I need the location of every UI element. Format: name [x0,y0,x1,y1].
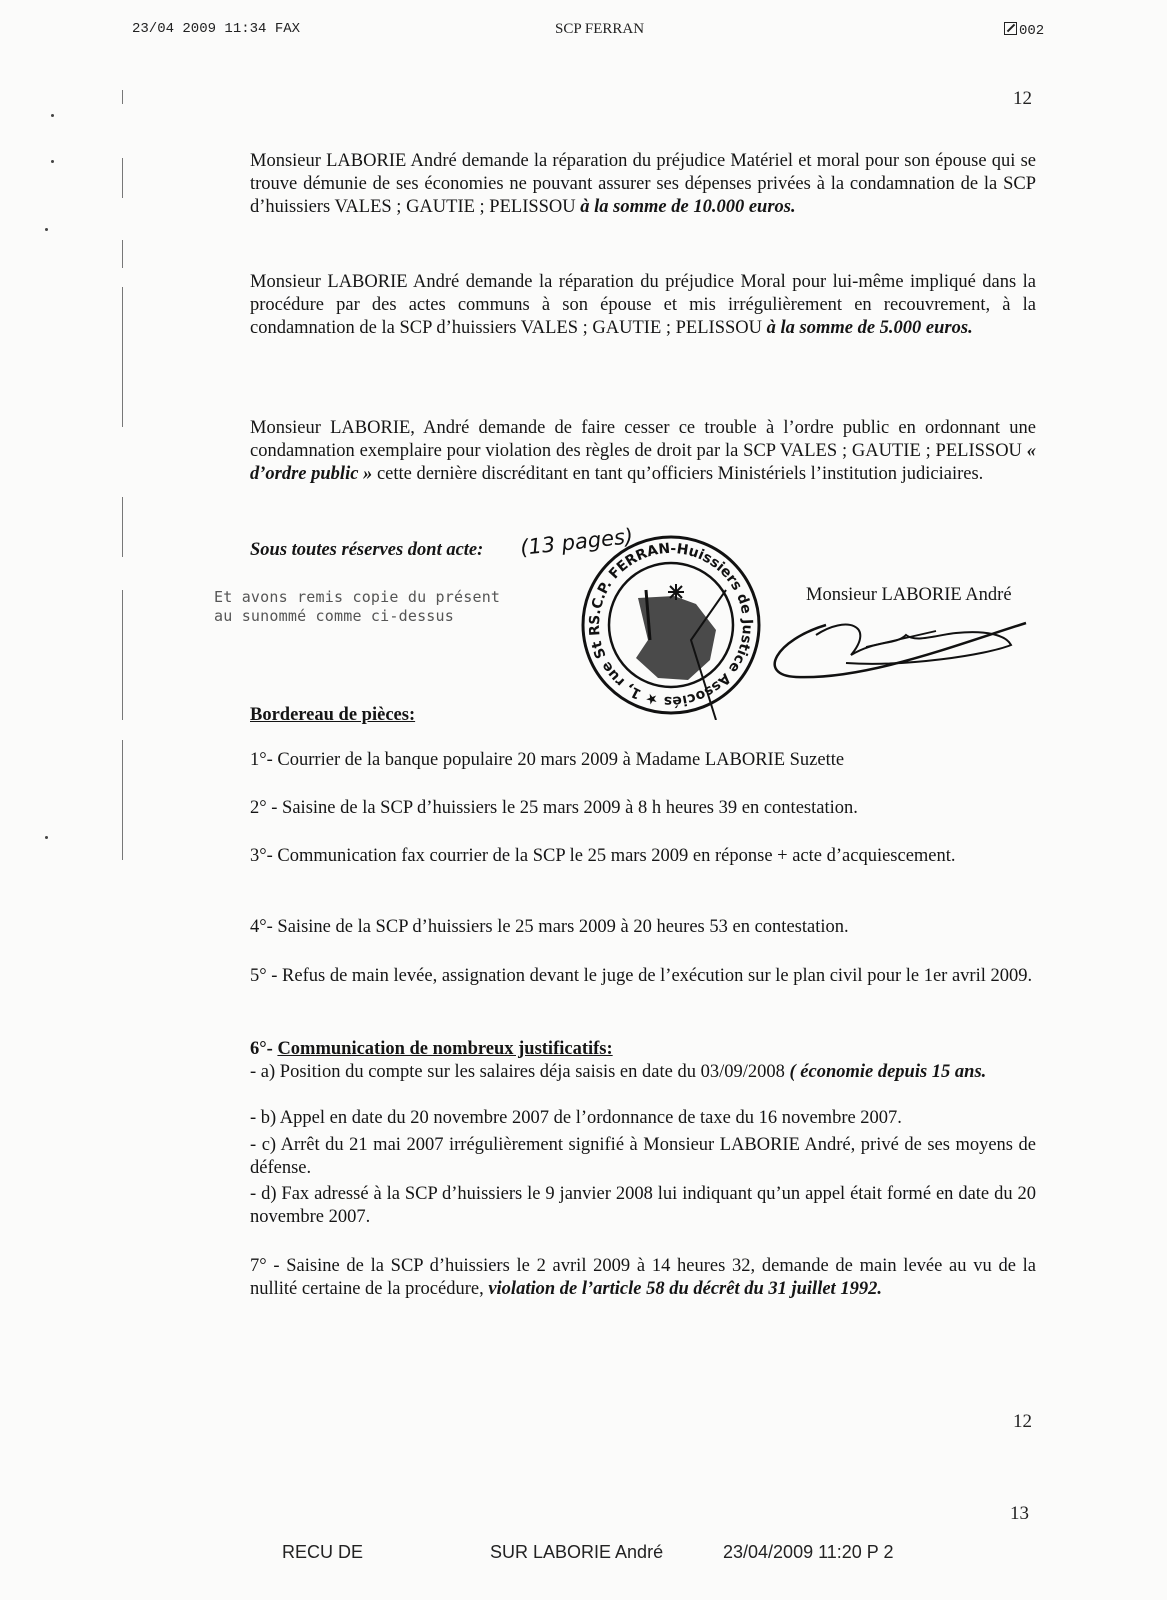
page-number-top: 12 [1013,88,1032,110]
fax-from: SUR LABORIE André [490,1542,663,1563]
margin-mark [122,240,123,268]
item-title: Communication de nombreux justificatifs: [277,1039,612,1059]
bordereau-item-5: 5° - Refus de main levée, assignation de… [250,965,1036,988]
bailiff-note-line: au sunommé comme ci-dessus [214,607,500,626]
page-number-fax: 13 [1010,1503,1029,1525]
scan-speck [45,836,48,839]
fax-page-icon [1004,22,1017,35]
item-number: 6°- [250,1039,277,1059]
claim-text: cette dernière discréditant en tant qu’o… [372,464,983,484]
margin-mark [122,590,123,720]
bordereau-item-7: 7° - Saisine de la SCP d’huissiers le 2 … [250,1255,1036,1301]
scan-speck [51,160,54,163]
bailiff-note: Et avons remis copie du présent au sunom… [214,588,500,626]
fax-sender: SCP FERRAN [555,21,644,38]
signatory-name: Monsieur LABORIE André [806,585,1012,606]
bordereau-item-2: 2° - Saisine de la SCP d’huissiers le 25… [250,797,1036,820]
bailiff-note-line: Et avons remis copie du présent [214,588,500,607]
claim-paragraph-public-order: Monsieur LABORIE, André demande de faire… [250,417,1036,486]
claim-amount: à la somme de 5.000 euros. [767,318,973,338]
fax-page-counter-value: 002 [1019,23,1044,39]
closing-formula: Sous toutes réserves dont acte: [250,539,520,562]
page-number-bottom: 12 [1013,1411,1032,1433]
bordereau-subitem-d: - d) Fax adressé à la SCP d’huissiers le… [250,1183,1036,1229]
scan-speck [51,114,54,117]
margin-mark [122,497,123,557]
item-emphasis: violation de l’article 58 du décrêt du 3… [488,1279,882,1299]
bordereau-item-4: 4°- Saisine de la SCP d’huissiers le 25 … [250,916,1036,939]
bordereau-title: Bordereau de pièces: [250,704,1036,727]
fax-datetime-page: 23/04/2009 11:20 P 2 [723,1542,894,1563]
bordereau-item-6: 6°- Communication de nombreux justificat… [250,1038,1036,1061]
signature-icon [756,605,1036,685]
bordereau-item-1: 1°- Courrier de la banque populaire 20 m… [250,749,1036,772]
margin-mark [122,158,123,198]
subitem-text: - a) Position du compte sur les salaires… [250,1062,789,1082]
fax-header: 23/04 2009 11:34 FAX SCP FERRAN 002 [0,18,1167,42]
margin-mark [122,90,123,104]
bordereau-title-text: Bordereau de pièces: [250,705,415,725]
fax-received-label: RECU DE [282,1542,363,1563]
bordereau-item-3: 3°- Communication fax courrier de la SCP… [250,845,1036,868]
closing-formula-text: Sous toutes réserves dont acte: [250,540,483,560]
claim-paragraph-moral: Monsieur LABORIE André demande la répara… [250,271,1036,340]
fax-datetime: 23/04 2009 11:34 FAX [132,21,300,37]
fax-page-counter: 002 [1004,22,1044,39]
bailiff-seal-icon: S.C.P. FERRAN-Huissiers de Justice Assoc… [576,530,766,720]
margin-mark [122,287,123,427]
subitem-emphasis: ( économie depuis 15 ans. [789,1062,986,1082]
scan-speck [45,228,48,231]
margin-mark [122,740,123,860]
bordereau-subitem-c: - c) Arrêt du 21 mai 2007 irrégulièremen… [250,1134,1036,1180]
claim-paragraph-material: Monsieur LABORIE André demande la répara… [250,150,1036,219]
bordereau-subitem-a: - a) Position du compte sur les salaires… [250,1061,1036,1084]
claim-amount: à la somme de 10.000 euros. [580,197,795,217]
bordereau-subitem-b: - b) Appel en date du 20 novembre 2007 d… [250,1107,1036,1130]
claim-text: Monsieur LABORIE, André demande de faire… [250,418,1036,461]
